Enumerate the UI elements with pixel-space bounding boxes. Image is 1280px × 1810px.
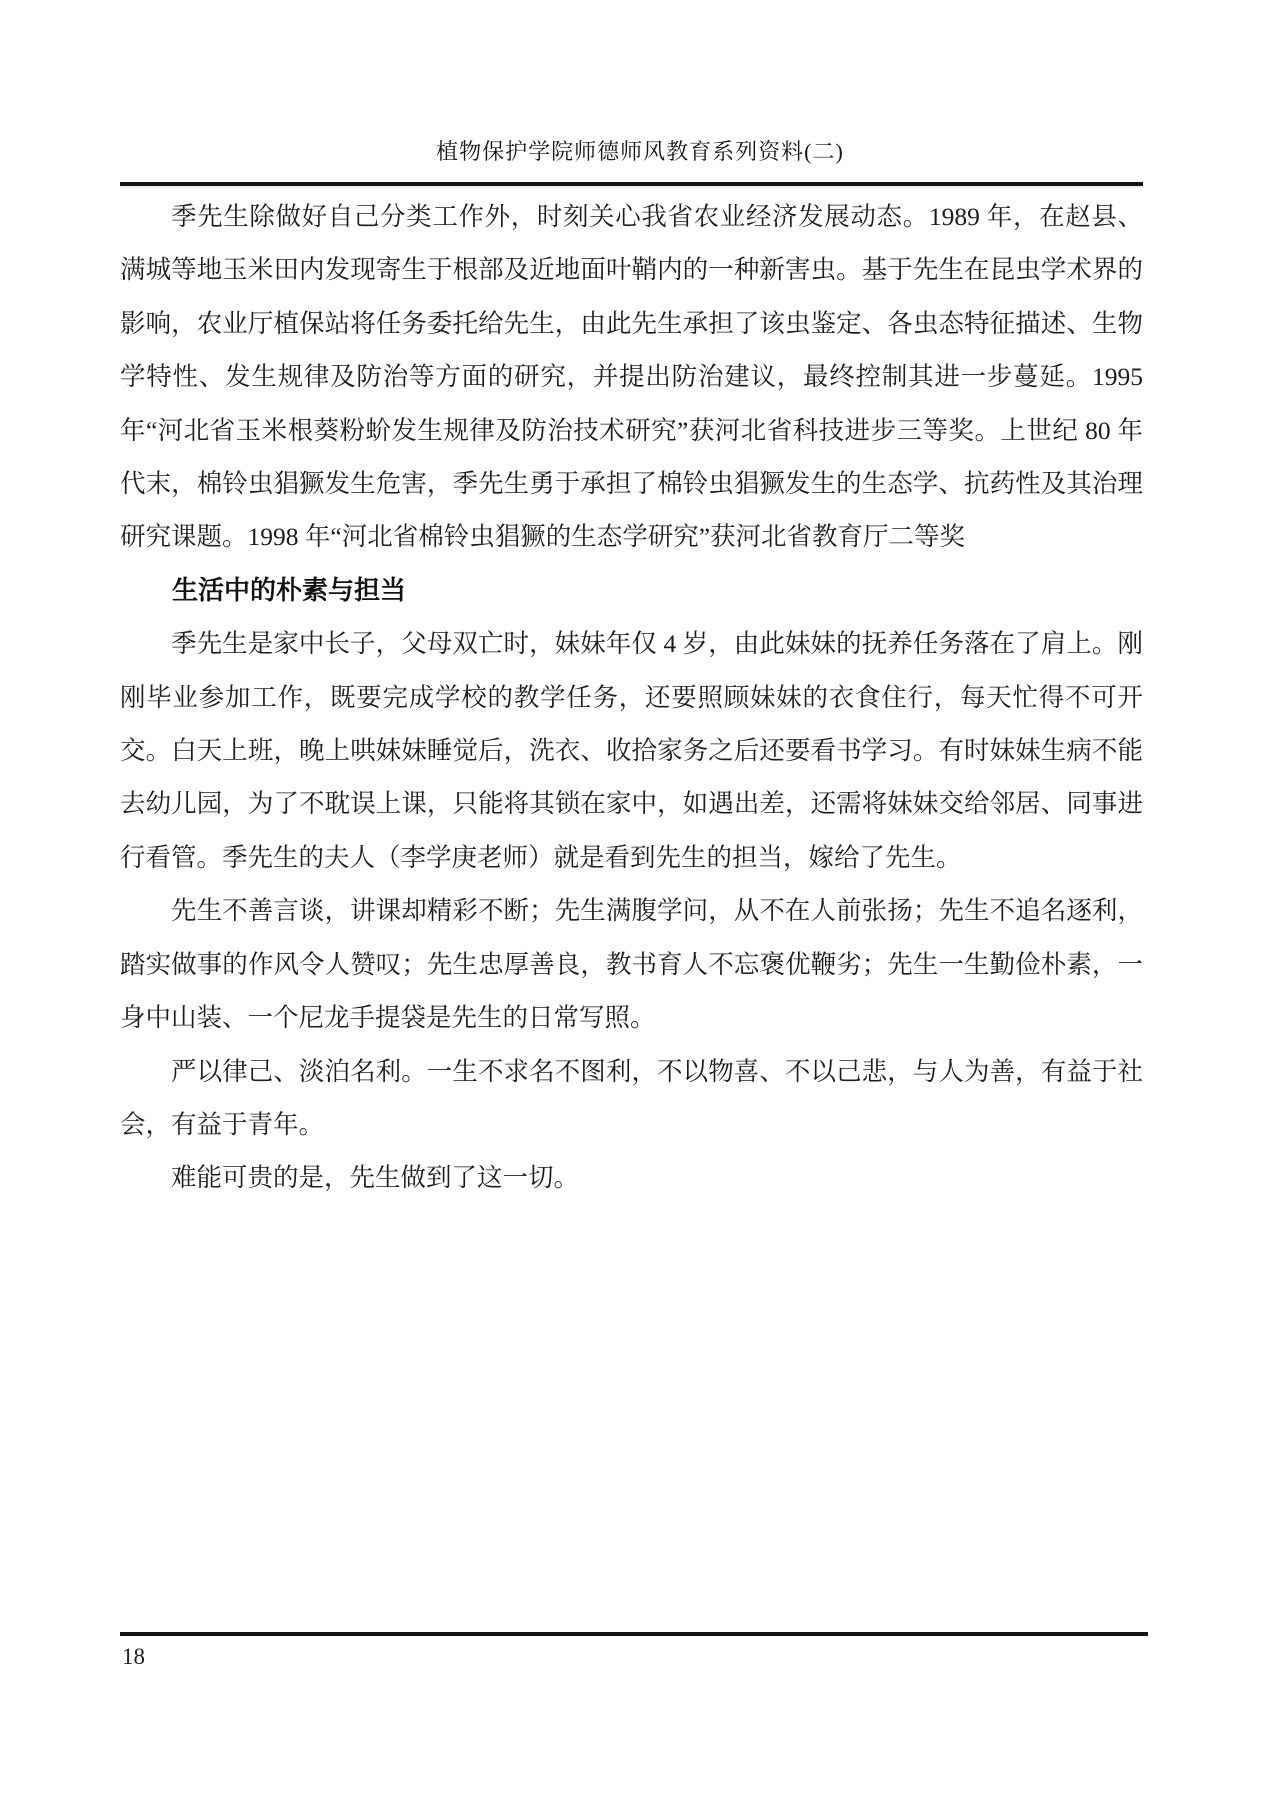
paragraph-family-responsibility: 季先生是家中长子，父母双亡时，妹妹年仅 4 岁，由此妹妹的抚养任务落在了肩上。刚…: [120, 617, 1143, 884]
document-body: 季先生除做好自己分类工作外，时刻关心我省农业经济发展动态。1989 年，在赵县、…: [120, 190, 1143, 1205]
paragraph-research-awards: 季先生除做好自己分类工作外，时刻关心我省农业经济发展动态。1989 年，在赵县、…: [120, 190, 1143, 564]
page-number: 18: [122, 1644, 145, 1670]
paragraph-conclusion: 难能可贵的是，先生做到了这一切。: [120, 1151, 1143, 1204]
footer-rule: [120, 1632, 1148, 1636]
paragraph-character-traits: 先生不善言谈，讲课却精彩不断；先生满腹学问，从不在人前张扬；先生不追名逐利，踏实…: [120, 884, 1143, 1044]
header-rule: [120, 182, 1143, 186]
paragraph-self-discipline: 严以律己、淡泊名利。一生不求名不图利，不以物喜、不以己悲，与人为善，有益于社会，…: [120, 1045, 1143, 1152]
header-title: 植物保护学院师德师风教育系列资料(二): [0, 135, 1280, 166]
section-heading-life-simplicity: 生活中的朴素与担当: [120, 564, 1143, 617]
document-page: 植物保护学院师德师风教育系列资料(二) 季先生除做好自己分类工作外，时刻关心我省…: [0, 0, 1280, 1810]
